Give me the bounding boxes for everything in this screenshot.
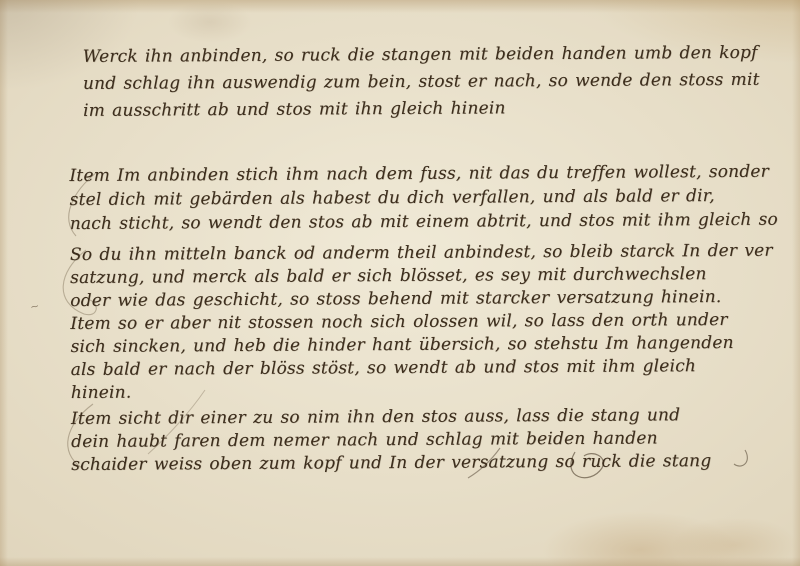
text-block: Werck ihn anbinden, so ruck die stangen … xyxy=(69,40,732,477)
handwritten-line: schaider weiss oben zum kopf und In der … xyxy=(71,450,731,477)
paragraph: Item sicht dir einer zu so nim ihn den s… xyxy=(71,404,731,477)
manuscript-page: ~ Werck ihn anbinden, so ruck die stange… xyxy=(0,0,800,566)
handwritten-line: Werck ihn anbinden, so ruck die stangen … xyxy=(83,40,729,71)
handwritten-line: nach sticht, so wendt den stos ab mit ei… xyxy=(70,208,730,236)
handwritten-line: und schlag ihn auswendig zum bein, stost… xyxy=(83,67,729,98)
paragraph: So du ihn mitteln banck od anderm theil … xyxy=(70,240,731,405)
handwritten-line: im ausschritt ab und stos mit ihn gleich… xyxy=(83,94,729,125)
handwritten-line: als bald er nach der blöss stöst, so wen… xyxy=(71,355,731,382)
paragraph: Werck ihn anbinden, so ruck die stangen … xyxy=(69,40,729,125)
handwritten-line: hinein. xyxy=(71,378,731,405)
margin-mark: ~ xyxy=(29,299,41,314)
paragraph: Item Im anbinden stich ihm nach dem fuss… xyxy=(69,160,729,236)
